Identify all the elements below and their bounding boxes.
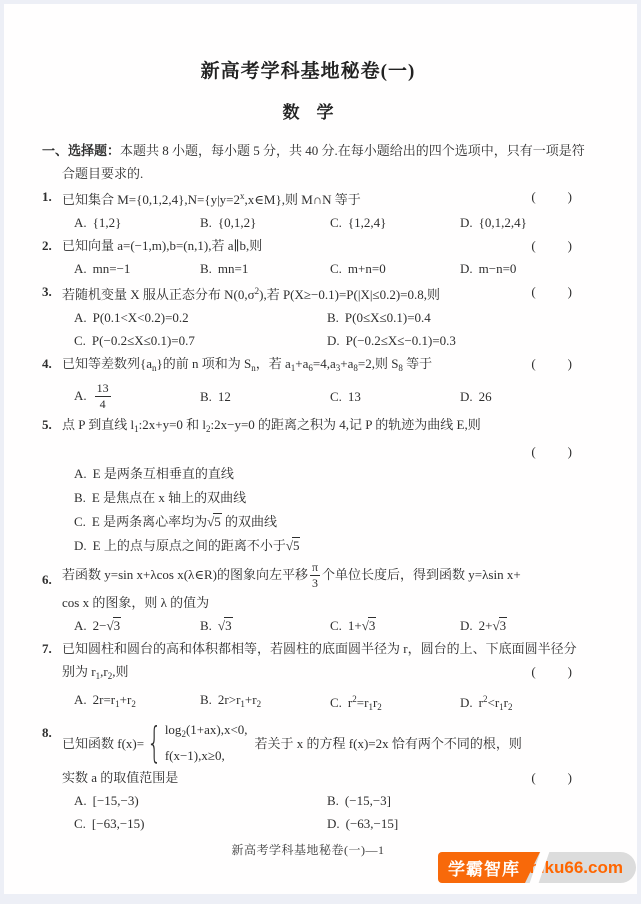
section-text: 本题共 8 小题，每小题 5 分，共 40 分.在每小题给出的四个选项中，只有一… (120, 143, 585, 158)
question-2-stem: 2.已知向量 a=(−1,m),b=(n,1),若 a∥b,则 ( ) (42, 234, 574, 257)
question-2-option-d: D.m−n=0 (460, 257, 574, 280)
fraction: π3 (310, 561, 320, 589)
stem-text: }的前 n 项和为 S (157, 356, 252, 371)
option-value: P(0≤X≤0.1)=0.4 (345, 310, 431, 325)
question-number: 4. (42, 352, 52, 375)
piecewise-brace: { (147, 722, 162, 764)
option-value: 的双曲线 (222, 514, 277, 529)
option-label: C. (330, 261, 342, 276)
question-6-options: A.2−√3 B.√3 C.1+√3 D.2+√3 (42, 614, 574, 637)
question-8-option-d: D.(−63,−15] (327, 812, 574, 835)
option-value: 13 (348, 389, 361, 404)
question-6-option-c: C.1+√3 (330, 614, 460, 637)
option-value: 2+ (479, 618, 493, 633)
section-line-1: 一、选择题：本题共 8 小题，每小题 5 分，共 40 分.在每小题给出的四个选… (42, 139, 574, 162)
sqrt: √5 (207, 514, 222, 529)
question-4-option-a: A.134 (74, 382, 200, 410)
question-6-option-b: B.√3 (200, 614, 330, 637)
sqrt: √3 (106, 618, 121, 633)
sqrt-radicand: 5 (213, 513, 222, 529)
piecewise-case-2: f(x−1),x≥0, (165, 745, 248, 766)
stem-text: 若函数 y=sin x+λcos x(λ∈R)的图象向左平移 (62, 567, 308, 582)
question-2-options: A.mn=−1 B.mn=1 C.m+n=0 D.m−n=0 (42, 257, 574, 280)
option-label: A. (74, 466, 87, 481)
option-value: m+n=0 (348, 261, 386, 276)
option-label: B. (74, 490, 86, 505)
sqrt-radicand: 3 (113, 617, 122, 633)
stem-text: ,x∈M},则 M∩N 等于 (245, 192, 361, 207)
question-3-stem: 3.若随机变量 X 服从正态分布 N(0,σ2),若 P(X≥−0.1)=P(|… (42, 280, 574, 306)
question-5: 5.点 P 到直线 l1:2x+y=0 和 l2:2x−y=0 的距离之积为 4… (42, 413, 574, 558)
question-1: 1.已知集合 M={0,1,2,4},N={y|y=2x,x∈M},则 M∩N … (42, 185, 574, 234)
option-label: A. (74, 261, 87, 276)
option-label: D. (460, 215, 473, 230)
option-label: C. (74, 514, 86, 529)
subscript: 2 (508, 702, 513, 712)
option-value: P(−0.2≤X≤−0.1)=0.3 (346, 333, 456, 348)
question-4: 4.已知等差数列{an}的前 n 项和为 Sn，若 a1+a6=4,a3+a8=… (42, 352, 574, 413)
question-6-option-d: D.2+√3 (460, 614, 574, 637)
question-2-option-b: B.mn=1 (200, 257, 330, 280)
option-label: B. (327, 793, 339, 808)
option-label: B. (200, 389, 212, 404)
option-value: <r (487, 695, 499, 710)
stem-text: ,r (100, 664, 108, 679)
sqrt: √3 (218, 618, 233, 633)
question-8: 8. 已知函数 f(x)= { log2(1+ax),x<0, f(x−1),x… (42, 719, 574, 835)
stem-text: 个单位长度后，得到函数 y=λsin x+ (322, 567, 521, 582)
option-label: D. (460, 695, 473, 710)
stem-text: 若关于 x 的方程 f(x)=2x 恰有两个不同的根，则 (255, 733, 522, 752)
page-content: 新高考学科基地秘卷(一) 数 学 一、选择题：本题共 8 小题，每小题 5 分，… (4, 4, 637, 858)
fraction-denominator: 3 (310, 576, 320, 590)
option-label: A. (74, 388, 87, 403)
piecewise-case-1: log2(1+ax),x<0, (165, 719, 248, 745)
question-8-options-row-1: A.[−15,−3) B.(−15,−3] (42, 789, 574, 812)
option-label: B. (200, 215, 212, 230)
option-value: {1,2} (93, 215, 122, 230)
question-5-option-b: B.E 是焦点在 x 轴上的双曲线 (42, 486, 574, 510)
question-3-options-row-2: C.P(−0.2≤X≤0.1)=0.7 D.P(−0.2≤X≤−0.1)=0.3 (42, 329, 574, 352)
option-value: m−n=0 (479, 261, 517, 276)
question-number: 8. (42, 725, 52, 741)
sqrt: √5 (286, 538, 301, 553)
sqrt: √3 (492, 618, 507, 633)
question-8-stem-line-1: 8. 已知函数 f(x)= { log2(1+ax),x<0, f(x−1),x… (42, 719, 574, 766)
section-instructions: 一、选择题：本题共 8 小题，每小题 5 分，共 40 分.在每小题给出的四个选… (42, 139, 574, 185)
option-value: {0,1,2} (218, 215, 256, 230)
answer-bracket: ( ) (531, 660, 574, 683)
stem-text: 点 P 到直线 l (62, 417, 134, 432)
stem-text: :2x+y=0 和 l (139, 417, 206, 432)
question-5-bracket-line: ( ) (42, 441, 574, 462)
question-6-stem-line-1: 6.若函数 y=sin x+λcos x(λ∈R)的图象向左平移π3个单位长度后… (42, 558, 574, 591)
subject-title: 数 学 (42, 98, 574, 123)
answer-bracket: ( ) (531, 280, 574, 303)
option-value: E 是两条离心率均为 (92, 514, 207, 529)
question-number: 1. (42, 185, 52, 208)
exam-page: 新高考学科基地秘卷(一) 数 学 一、选择题：本题共 8 小题，每小题 5 分，… (0, 0, 641, 904)
piecewise-cases: log2(1+ax),x<0, f(x−1),x≥0, (165, 719, 248, 766)
question-3: 3.若随机变量 X 服从正态分布 N(0,σ2),若 P(X≥−0.1)=P(|… (42, 280, 574, 352)
option-value: 1+ (348, 618, 362, 633)
stem-text: ，若 a (256, 356, 291, 371)
option-value: mn=1 (218, 261, 248, 276)
question-2-option-c: C.m+n=0 (330, 257, 460, 280)
question-5-options: A.E 是两条互相垂直的直线 B.E 是焦点在 x 轴上的双曲线 C.E 是两条… (42, 462, 574, 558)
option-label: A. (74, 793, 87, 808)
option-value: +r (245, 692, 257, 707)
watermark: zhiku66.com 学霸智库 (438, 852, 636, 883)
option-label: D. (74, 538, 87, 553)
stem-text: 等于 (403, 356, 432, 371)
option-label: D. (327, 816, 340, 831)
question-1-option-d: D.{0,1,2,4} (460, 211, 574, 234)
option-value: 12 (218, 389, 231, 404)
fraction: 134 (95, 382, 111, 410)
option-value: [−63,−15) (92, 816, 145, 831)
question-1-option-b: B.{0,1,2} (200, 211, 330, 234)
question-5-option-d: D.E 上的点与原点之间的距离不小于√5 (42, 534, 574, 558)
stem-text: 已知向量 a=(−1,m),b=(n,1),若 a∥b,则 (62, 238, 262, 253)
option-label: C. (74, 816, 86, 831)
option-value: E 是焦点在 x 轴上的双曲线 (92, 490, 246, 505)
option-label: B. (200, 692, 212, 707)
option-value: (−15,−3] (345, 793, 391, 808)
stem-text: :2x−y=0 的距离之积为 4,记 P 的轨迹为曲线 E,则 (211, 417, 481, 432)
option-value: mn=−1 (93, 261, 131, 276)
fraction-numerator: π (310, 561, 320, 576)
question-3-options-row-1: A.P(0.1<X<0.2)=0.2 B.P(0≤X≤0.1)=0.4 (42, 306, 574, 329)
question-3-option-b: B.P(0≤X≤0.1)=0.4 (327, 306, 574, 329)
sqrt-radicand: 3 (224, 617, 233, 633)
option-label: B. (200, 261, 212, 276)
question-7-option-d: D.r2<r1r2 (460, 688, 574, 719)
question-7-stem-line-1: 7.已知圆柱和圆台的高和体积都相等，若圆柱的底面圆半径为 r，圆台的上、下底面圆… (42, 637, 574, 660)
stem-text: =4,a (313, 356, 336, 371)
option-value: [−15,−3) (93, 793, 139, 808)
option-value: 2− (93, 618, 107, 633)
section-label: 一、选择题： (42, 143, 120, 158)
question-5-option-c: C.E 是两条离心率均为√5 的双曲线 (42, 510, 574, 534)
answer-bracket: ( ) (531, 352, 574, 375)
question-7: 7.已知圆柱和圆台的高和体积都相等，若圆柱的底面圆半径为 r，圆台的上、下底面圆… (42, 637, 574, 719)
question-3-option-d: D.P(−0.2≤X≤−0.1)=0.3 (327, 329, 574, 352)
option-label: D. (460, 261, 473, 276)
question-3-option-a: A.P(0.1<X<0.2)=0.2 (74, 306, 327, 329)
case-text: (1+ax),x<0, (186, 722, 248, 737)
option-label: C. (330, 618, 342, 633)
stem-text: +a (340, 356, 353, 371)
option-label: B. (200, 618, 212, 633)
stem-text: 已知等差数列{a (62, 356, 152, 371)
page-title: 新高考学科基地秘卷(一) (42, 56, 574, 83)
stem-text: 已知函数 f(x)= (62, 733, 144, 752)
stem-text: 已知圆柱和圆台的高和体积都相等，若圆柱的底面圆半径为 r，圆台的上、下底面圆半径… (62, 641, 577, 656)
question-7-options: A.2r=r1+r2 B.2r>r1+r2 C.r2=r1r2 D.r2<r1r… (42, 688, 574, 719)
option-label: D. (327, 333, 340, 348)
sqrt: √3 (362, 618, 377, 633)
question-8-option-b: B.(−15,−3] (327, 789, 574, 812)
question-5-option-a: A.E 是两条互相垂直的直线 (42, 462, 574, 486)
stem-text: +a (295, 356, 308, 371)
option-value: E 上的点与原点之间的距离不小于 (93, 538, 286, 553)
question-6-stem-line-2: cos x 的图象，则 λ 的值为 (42, 591, 574, 614)
stem-text: =2,则 S (358, 356, 399, 371)
watermark-brand: 学霸智库 (448, 855, 520, 880)
option-label: B. (327, 310, 339, 325)
question-1-options: A.{1,2} B.{0,1,2} C.{1,2,4} D.{0,1,2,4} (42, 211, 574, 234)
option-value: P(−0.2≤X≤0.1)=0.7 (92, 333, 195, 348)
question-8-stem-line-2: 实数 a 的取值范围是 ( ) (42, 766, 574, 789)
question-number: 3. (42, 280, 52, 303)
question-4-option-b: B.12 (200, 385, 330, 408)
option-value: P(0.1<X<0.2)=0.2 (93, 310, 189, 325)
option-value: 2r>r (218, 692, 241, 707)
answer-bracket: ( ) (531, 185, 574, 208)
option-label: C. (330, 389, 342, 404)
question-5-stem: 5.点 P 到直线 l1:2x+y=0 和 l2:2x−y=0 的距离之积为 4… (42, 413, 574, 441)
option-value: +r (120, 692, 132, 707)
question-number: 2. (42, 234, 52, 257)
option-value: =r (357, 695, 369, 710)
section-line-2: 合题目要求的. (42, 162, 574, 185)
answer-bracket: ( ) (531, 766, 574, 789)
stem-text: 若随机变量 X 服从正态分布 N(0,σ (62, 287, 255, 302)
option-value: {1,2,4} (348, 215, 386, 230)
sqrt-radicand: 3 (368, 617, 377, 633)
sqrt-radicand: 3 (499, 617, 508, 633)
option-value: 2r=r (93, 692, 116, 707)
stem-text: 别为 r (62, 664, 96, 679)
question-6: 6.若函数 y=sin x+λcos x(λ∈R)的图象向左平移π3个单位长度后… (42, 558, 574, 637)
stem-text: 实数 a 的取值范围是 (62, 770, 178, 785)
option-label: D. (460, 389, 473, 404)
question-2: 2.已知向量 a=(−1,m),b=(n,1),若 a∥b,则 ( ) A.mn… (42, 234, 574, 280)
option-label: D. (460, 618, 473, 633)
question-7-stem-line-2: 别为 r1,r2,则 ( ) (42, 660, 574, 688)
question-3-option-c: C.P(−0.2≤X≤0.1)=0.7 (74, 329, 327, 352)
option-value: {0,1,2,4} (479, 215, 527, 230)
option-label: A. (74, 215, 87, 230)
question-8-options-row-2: C.[−63,−15) D.(−63,−15] (42, 812, 574, 835)
option-value: E 是两条互相垂直的直线 (93, 466, 234, 481)
question-7-option-c: C.r2=r1r2 (330, 688, 460, 719)
question-1-option-a: A.{1,2} (74, 211, 200, 234)
question-7-option-a: A.2r=r1+r2 (74, 688, 200, 719)
question-4-options: A.134 B.12 C.13 D.26 (42, 380, 574, 413)
option-value: (−63,−15] (346, 816, 399, 831)
question-8-option-a: A.[−15,−3) (74, 789, 327, 812)
question-4-stem: 4.已知等差数列{an}的前 n 项和为 Sn，若 a1+a6=4,a3+a8=… (42, 352, 574, 380)
stem-text: ,则 (112, 664, 128, 679)
question-6-option-a: A.2−√3 (74, 614, 200, 637)
subscript: 2 (131, 699, 136, 709)
question-4-option-c: C.13 (330, 385, 460, 408)
stem-text: ),若 P(X≥−0.1)=P(|X|≤0.2)=0.8,则 (259, 287, 440, 302)
answer-bracket: ( ) (531, 441, 574, 462)
question-2-option-a: A.mn=−1 (74, 257, 200, 280)
question-1-option-c: C.{1,2,4} (330, 211, 460, 234)
question-4-option-d: D.26 (460, 385, 574, 408)
watermark-brand-badge: 学霸智库 (438, 852, 540, 883)
option-label: C. (74, 333, 86, 348)
question-1-stem: 1.已知集合 M={0,1,2,4},N={y|y=2x,x∈M},则 M∩N … (42, 185, 574, 211)
option-label: C. (330, 695, 342, 710)
question-number: 7. (42, 637, 52, 660)
option-value: 26 (479, 389, 492, 404)
option-label: A. (74, 618, 87, 633)
case-text: log (165, 722, 182, 737)
stem-text: 已知集合 M={0,1,2,4},N={y|y=2 (62, 192, 240, 207)
question-8-option-c: C.[−63,−15) (74, 812, 327, 835)
option-label: C. (330, 215, 342, 230)
sqrt-radicand: 5 (292, 537, 301, 553)
fraction-denominator: 4 (95, 397, 111, 411)
question-7-option-b: B.2r>r1+r2 (200, 688, 330, 719)
subscript: 2 (257, 699, 262, 709)
option-label: A. (74, 692, 87, 707)
fraction-numerator: 13 (95, 382, 111, 397)
option-label: A. (74, 310, 87, 325)
question-number: 5. (42, 413, 52, 436)
subscript: 2 (377, 702, 382, 712)
answer-bracket: ( ) (531, 234, 574, 257)
